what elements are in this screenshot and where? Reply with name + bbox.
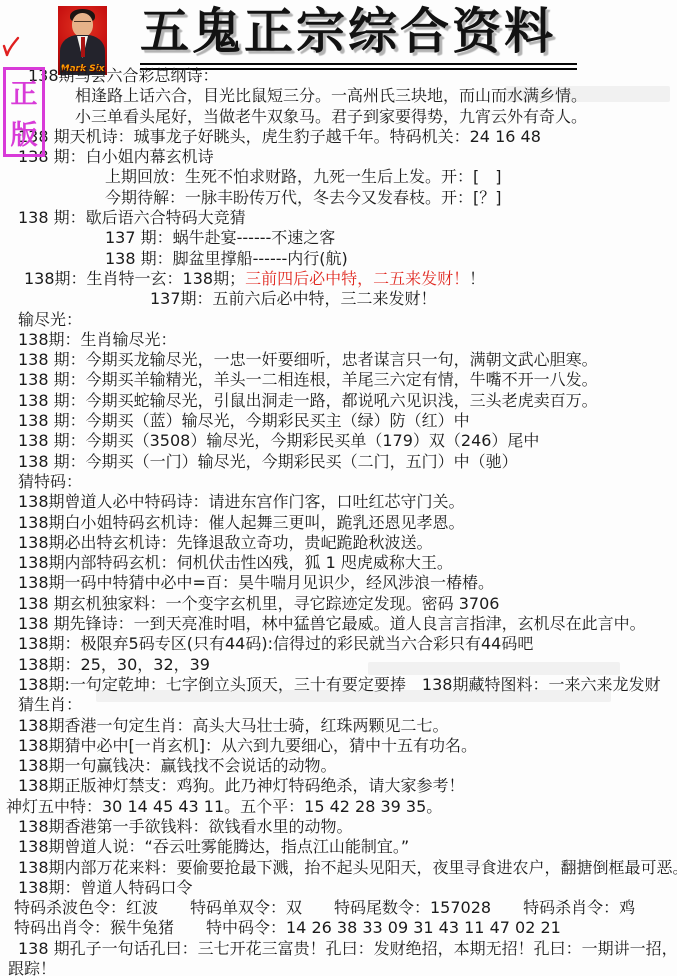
text-segment: 138 期：今期买（3508）输尽光，今期彩民买单（179）双（246）尾中	[18, 431, 539, 450]
text-line: 138期一句赢钱决：赢钱找不会说话的动物。	[0, 756, 677, 776]
text-line: 猜生肖：	[0, 695, 677, 715]
text-line: 138 期玄机独家料：一个变字玄机里，寻它踪迹定发现。密码 3706	[0, 594, 677, 614]
text-segment: 138期香港一句定生肖：高头大马壮士骑，红珠两颗见二七。	[18, 716, 449, 735]
text-line: 138 期：白小姐内幕玄机诗	[0, 147, 677, 167]
text-segment: 138 期：白小姐内幕玄机诗	[18, 147, 214, 166]
text-line: 138 期：今期买（一门）输尽光，今期彩民买（二门，五门）中（驰）	[0, 452, 677, 472]
text-segment: 138期正版神灯禁支：鸡狗。此乃神灯特码绝杀，请大家参考！	[18, 776, 465, 795]
text-segment: 上期回放：生死不怕求财路，九死一生后上发。开：[ ]	[105, 167, 502, 186]
text-segment: ！	[469, 269, 485, 288]
text-segment: 138 期玄机独家料：一个变字玄机里，寻它踪迹定发现。密码 3706	[18, 594, 499, 613]
text-segment: 137 期：蜗牛赴宴------不速之客	[105, 228, 335, 247]
text-segment: 138期猜中必中[一肖玄机]：从六到九要细心，猜中十五有功名。	[18, 736, 477, 755]
text-segment: 小三单看头尾好，当做老牛双象马。君子到家要得势，九宵云外有奇人。	[75, 107, 587, 126]
text-segment: 138 期：今期买龙输尽光，一忠一奸要细听，忠者谋言只一句，满朝文武心胆寒。	[18, 350, 598, 369]
text-line: 特码出肖令：猴牛兔猪 特中码令：14 26 38 33 09 31 43 11 …	[0, 918, 677, 938]
portrait-glasses	[74, 21, 91, 26]
text-segment: 138期香港第一手欲钱料：欲钱看水里的动物。	[18, 817, 353, 836]
text-line: 特码杀波色令：红波 特码单双令：双 特码尾数令：157028 特码杀肖令：鸡	[0, 898, 677, 918]
text-segment: 今期待解：一脉丰盼传万代，冬去今又发春枝。开：[？]	[105, 188, 502, 207]
text-line: 138期猜中必中[一肖玄机]：从六到九要细心，猜中十五有功名。	[0, 736, 677, 756]
text-line: 138期必出特玄机诗：先锋退敌立奇功，贵屺跪跄秋波送。	[0, 533, 677, 553]
text-line: 138 期孔子一句话孔曰：三七开花三富贵！孔曰：发财绝招，本期无招！孔曰：一期讲…	[0, 939, 677, 959]
text-line: 138期正版神灯禁支：鸡狗。此乃神灯特码绝杀，请大家参考！	[0, 776, 677, 796]
text-segment: 138期白小姐特码玄机诗：催人起舞三更叫，跪乳还恩见孝恩。	[18, 513, 465, 532]
red-corner-mark	[2, 36, 20, 58]
text-line: 神灯五中特：30 14 45 43 11。五个平：15 42 28 39 35。	[0, 797, 677, 817]
text-segment: 138 期：歇后语六合特码大竞猜	[18, 208, 246, 227]
text-segment: 猜特码：	[18, 472, 82, 491]
text-segment: 138 期天机诗：珹事龙子好眺头，虎生豹子越千年。特码机关：24 16 48	[18, 127, 541, 146]
text-segment: 138 期：今期买（蓝）输尽光，今期彩民买主（绿）防（红）中	[18, 411, 470, 430]
badge-char-top: 正	[11, 72, 38, 111]
text-line: 138 期：今期买羊输精光，羊头一二相连根，羊尾三六定有情，牛嘴不开一八发。	[0, 370, 677, 390]
text-line: 138期曾道人必中特码诗：请进东宫作门客，口吐红芯守门关。	[0, 492, 677, 512]
text-segment: 138期内部特码玄机：伺机伏击性凶残，狐 1 咫虎威称大王。	[18, 553, 453, 572]
badge-char-bottom: 版	[11, 113, 38, 152]
text-line: 138 期：歇后语六合特码大竞猜	[0, 208, 677, 228]
text-line: 138 期：脚盆里撑船------内行(航)	[0, 249, 677, 269]
text-line: 138期白小姐特码玄机诗：催人起舞三更叫，跪乳还恩见孝恩。	[0, 513, 677, 533]
text-segment: 猜生肖：	[18, 695, 82, 714]
text-segment: 137期：五前六后必中特，三二来发财！	[150, 289, 437, 308]
text-line: 上期回放：生死不怕求财路，九死一生后上发。开：[ ]	[0, 167, 677, 187]
text-segment: 138期必出特玄机诗：先锋退敌立奇功，贵屺跪跄秋波送。	[18, 533, 433, 552]
text-segment: 138期曾道人说：“吞云吐雾能腾达，指点江山能制宜。”	[18, 837, 409, 856]
text-line: 小三单看头尾好，当做老牛双象马。君子到家要得势，九宵云外有奇人。	[0, 107, 677, 127]
text-segment: 跟踪！	[8, 959, 56, 976]
text-line: 输尽光：	[0, 310, 677, 330]
text-line: 138期马会六合彩总纲诗：	[0, 66, 677, 86]
document-body: 138期马会六合彩总纲诗：相逢路上话六合，目光比鼠短三分。一高州氏三块地，而山而…	[0, 66, 677, 976]
portrait-tie	[81, 37, 85, 57]
page-title: 五鬼正宗综合资料	[140, 2, 577, 70]
text-line: 今期待解：一脉丰盼传万代，冬去今又发春枝。开：[？]	[0, 188, 677, 208]
text-segment: 138期：生肖特一玄：138期；	[24, 269, 245, 288]
authentic-edition-badge: 正 版	[3, 67, 45, 157]
text-line: 138期香港第一手欲钱料：欲钱看水里的动物。	[0, 817, 677, 837]
text-line: 138期：生肖输尽光：	[0, 330, 677, 350]
highlighted-text: 三前四后必中特，二五来发财！	[245, 269, 469, 288]
text-segment: 神灯五中特：30 14 45 43 11。五个平：15 42 28 39 35。	[6, 797, 442, 816]
text-segment: 138期:一句定乾坤：七字倒立头顶天，三十有要定要捧 138期藏特图料：一来六来…	[18, 675, 660, 694]
text-line: 138期：25，30，32，39	[0, 655, 677, 675]
text-line: 138期曾道人说：“吞云吐雾能腾达，指点江山能制宜。”	[0, 837, 677, 857]
text-line: 138期一码中特猜中必中=百：昊牛喘月见识少，经风涉浪一椿椿。	[0, 573, 677, 593]
text-line: 138期：曾道人特码口令	[0, 878, 677, 898]
page: Mark Six 五鬼正宗综合资料 正 版 138期马会六合彩总纲诗：相逢路上话…	[0, 0, 677, 976]
text-line: 相逢路上话六合，目光比鼠短三分。一高州氏三块地，而山而水满乡情。	[0, 86, 677, 106]
text-line: 138期内部万花来料：要偷要抢最下溅，抬不起头见阳天，夜里寻食进农户，翻搪倒框最…	[0, 858, 677, 878]
text-line: 跟踪！	[0, 959, 677, 976]
text-segment: 138 期：今期买（一门）输尽光，今期彩民买（二门，五门）中（驰）	[18, 452, 518, 471]
text-line: 138 期先锋诗：一到天亮准时唱，林中猛兽它最威。道人良言言指津，玄机尽在此言中…	[0, 614, 677, 634]
text-segment: 特码出肖令：猴牛兔猪 特中码令：14 26 38 33 09 31 43 11 …	[14, 918, 561, 937]
text-line: 138期内部特码玄机：伺机伏击性凶残，狐 1 咫虎威称大王。	[0, 553, 677, 573]
text-segment: 138 期：今期买羊输精光，羊头一二相连根，羊尾三六定有情，牛嘴不开一八发。	[18, 370, 598, 389]
text-line: 138 期：今期买龙输尽光，一忠一奸要细听，忠者谋言只一句，满朝文武心胆寒。	[0, 350, 677, 370]
text-segment: 138期一码中特猜中必中=百：昊牛喘月见识少，经风涉浪一椿椿。	[18, 573, 494, 592]
text-line: 猜特码：	[0, 472, 677, 492]
text-segment: 138期：25，30，32，39	[18, 655, 210, 674]
text-segment: 138期马会六合彩总纲诗：	[28, 66, 219, 85]
text-segment: 138 期：脚盆里撑船------内行(航)	[105, 249, 348, 268]
text-segment: 138 期：今期买蛇输尽光，引鼠出洞走一路，都说吼六见识浅，三头老虎卖百万。	[18, 391, 598, 410]
text-line: 138期：极限弃5码专区(只有44码):信得过的彩民就当六合彩只有44码吧	[0, 634, 677, 654]
text-line: 138期香港一句定生肖：高头大马壮士骑，红珠两颗见二七。	[0, 716, 677, 736]
text-segment: 138 期孔子一句话孔曰：三七开花三富贵！孔曰：发财绝招，本期无招！孔曰：一期讲…	[18, 939, 677, 958]
text-line: 138 期：今期买（蓝）输尽光，今期彩民买主（绿）防（红）中	[0, 411, 677, 431]
text-segment: 138期：曾道人特码口令	[18, 878, 193, 897]
text-segment: 138期：极限弃5码专区(只有44码):信得过的彩民就当六合彩只有44码吧	[18, 634, 533, 653]
text-line: 138期：生肖特一玄：138期；三前四后必中特，二五来发财！！	[0, 269, 677, 289]
text-segment: 相逢路上话六合，目光比鼠短三分。一高州氏三块地，而山而水满乡情。	[75, 86, 587, 105]
portrait-photo: Mark Six	[58, 6, 107, 75]
text-line: 138 期天机诗：珹事龙子好眺头，虎生豹子越千年。特码机关：24 16 48	[0, 127, 677, 147]
text-line: 138 期：今期买蛇输尽光，引鼠出洞走一路，都说吼六见识浅，三头老虎卖百万。	[0, 391, 677, 411]
text-segment: 138 期先锋诗：一到天亮准时唱，林中猛兽它最威。道人良言言指津，玄机尽在此言中…	[18, 614, 646, 633]
text-segment: 138期一句赢钱决：赢钱找不会说话的动物。	[18, 756, 337, 775]
text-segment: 138期：生肖输尽光：	[18, 330, 177, 349]
text-line: 138 期：今期买（3508）输尽光，今期彩民买单（179）双（246）尾中	[0, 431, 677, 451]
text-line: 138期:一句定乾坤：七字倒立头顶天，三十有要定要捧 138期藏特图料：一来六来…	[0, 675, 677, 695]
text-segment: 138期曾道人必中特码诗：请进东宫作门客，口吐红芯守门关。	[18, 492, 465, 511]
text-segment: 输尽光：	[18, 310, 82, 329]
text-segment: 特码杀波色令：红波 特码单双令：双 特码尾数令：157028 特码杀肖令：鸡	[14, 898, 635, 917]
text-segment: 138期内部万花来料：要偷要抢最下溅，抬不起头见阳天，夜里寻食进农户，翻搪倒框最…	[18, 858, 677, 877]
text-line: 137 期：蜗牛赴宴------不速之客	[0, 228, 677, 248]
text-line: 137期：五前六后必中特，三二来发财！	[0, 289, 677, 309]
